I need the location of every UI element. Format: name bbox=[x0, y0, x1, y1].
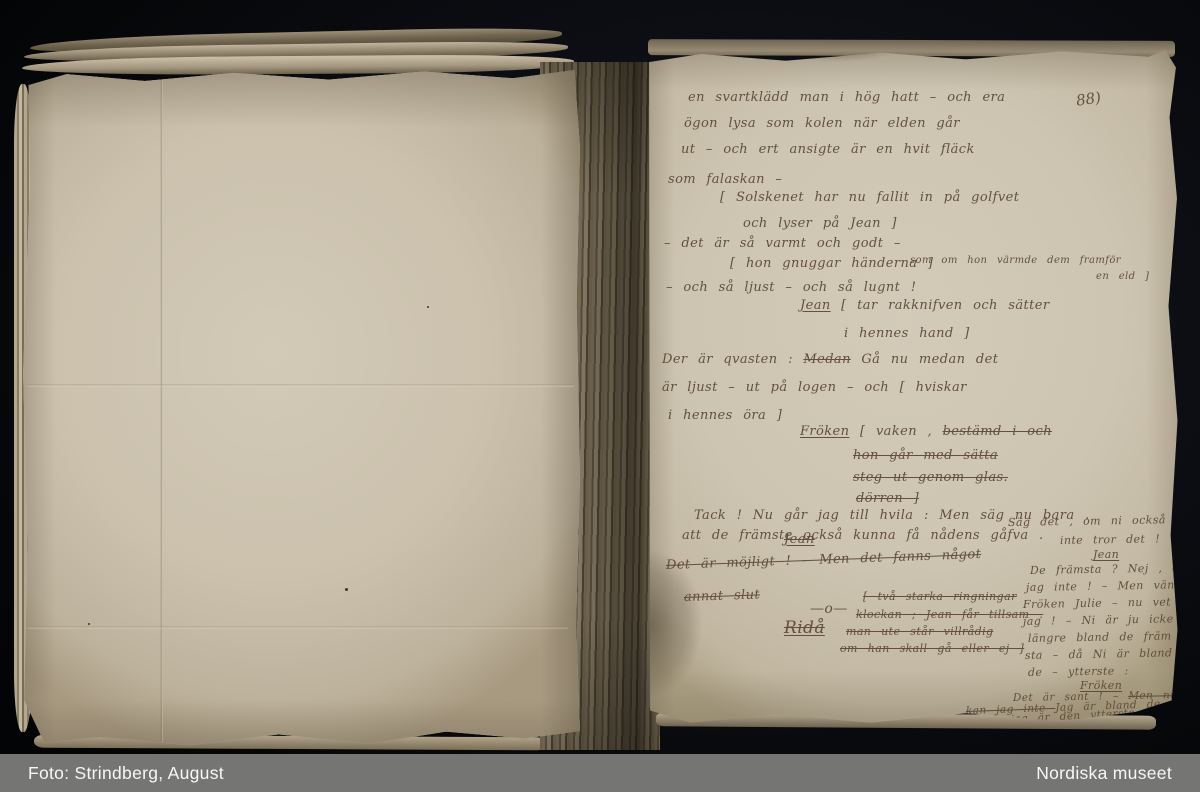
manuscript-line: klockan ; Jean får tillsam . bbox=[856, 608, 1043, 621]
manuscript-line: Fröken [ vaken , bestämd i och bbox=[800, 424, 1052, 439]
manuscript-line: De främsta ? Nej , det kan bbox=[1030, 561, 1200, 577]
manuscript-line: man ute står villrådig bbox=[846, 625, 993, 638]
ink-speck bbox=[427, 306, 429, 308]
manuscript-line: hon går med sätta bbox=[853, 448, 998, 463]
manuscript-line: en svartklädd man i hög hatt – och era bbox=[688, 90, 1005, 105]
manuscript-line: jag inte ! – Men vänta – bbox=[1026, 578, 1200, 594]
manuscript-line: ut – och ert ansigte är en hvit fläck bbox=[681, 142, 975, 157]
ink-speck bbox=[345, 588, 348, 591]
manuscript-line: Jean bbox=[1093, 548, 1119, 561]
manuscript-line: som falaskan – bbox=[668, 172, 782, 187]
manuscript-line: Det är möjligt ! – Men det fanns något bbox=[666, 547, 982, 573]
manuscript-line: jag skall gå ! bbox=[936, 739, 1028, 754]
manuscript-line: [ två starka ringningar bbox=[863, 590, 1017, 603]
manuscript-line: annat slut bbox=[684, 587, 761, 605]
manuscript-line: att de främste också kunna få nådens gåf… bbox=[682, 528, 1044, 543]
manuscript-line: i hennes öra ] bbox=[668, 408, 782, 423]
manuscript-line: som om hon värmde dem framför bbox=[910, 255, 1121, 266]
manuscript-line: inte tror det ! bbox=[1060, 532, 1160, 547]
photo-of-manuscript: 88) en svartklädd man i hög hatt – och e… bbox=[0, 0, 1200, 792]
left-page-shading bbox=[22, 66, 580, 748]
manuscript-line: ögon lysa som kolen när elden går bbox=[684, 116, 960, 131]
manuscript-line: Ridå bbox=[784, 618, 825, 638]
manuscript-line: [ Solskenet har nu fallit in på golfvet bbox=[720, 190, 1019, 205]
manuscript-line: dörren ] bbox=[856, 491, 919, 506]
left-page-crease bbox=[28, 384, 574, 387]
manuscript-line: en eld ] bbox=[1096, 271, 1149, 282]
manuscript-line: steg ut genom glas. bbox=[853, 470, 1008, 485]
manuscript-line: är ljust – ut på logen – och [ hviskar bbox=[662, 380, 967, 395]
manuscript-line: – och så ljust – och så lugnt ! bbox=[666, 280, 916, 295]
left-page-crease bbox=[160, 74, 163, 742]
manuscript-lines: en svartklädd man i hög hatt – och eraög… bbox=[648, 50, 1178, 724]
manuscript-line: Jean [ tar rakknifven och sätter bbox=[800, 298, 1050, 313]
left-page bbox=[22, 66, 580, 748]
manuscript-line: och lyser på Jean ] bbox=[743, 216, 897, 231]
manuscript-line: Fröken Julie – nu vet bbox=[1023, 595, 1171, 611]
manuscript-line: i hennes hand ] bbox=[844, 326, 970, 341]
ink-speck bbox=[88, 623, 90, 625]
manuscript-line: de – ytterste : bbox=[1028, 664, 1129, 679]
manuscript-line: längre bland de främ . bbox=[1028, 629, 1186, 645]
manuscript-line: om han skall gå eller ej ] bbox=[840, 642, 1024, 655]
manuscript-line: Säg det , om ni också bbox=[1008, 513, 1166, 529]
manuscript-line: —o— bbox=[810, 601, 848, 617]
manuscript-line: – det är så varmt och godt – bbox=[664, 236, 901, 251]
caption-photographer: Foto: Strindberg, August bbox=[28, 763, 224, 784]
manuscript-line: sta – då Ni är bland bbox=[1025, 646, 1173, 662]
manuscript-line: Jean bbox=[784, 532, 815, 547]
manuscript-line: [ hon gnuggar händerna ] bbox=[730, 256, 933, 271]
caption-museum: Nordiska museet bbox=[1036, 763, 1172, 784]
left-page-crease bbox=[28, 626, 568, 629]
manuscript-line: Der är qvasten : Medan Gå nu medan det bbox=[662, 352, 998, 367]
right-page: 88) en svartklädd man i hög hatt – och e… bbox=[648, 50, 1178, 724]
caption-bar: Foto: Strindberg, August Nordiska museet bbox=[0, 754, 1200, 792]
manuscript-line: jag ! – Ni är ju icke bbox=[1023, 612, 1174, 628]
